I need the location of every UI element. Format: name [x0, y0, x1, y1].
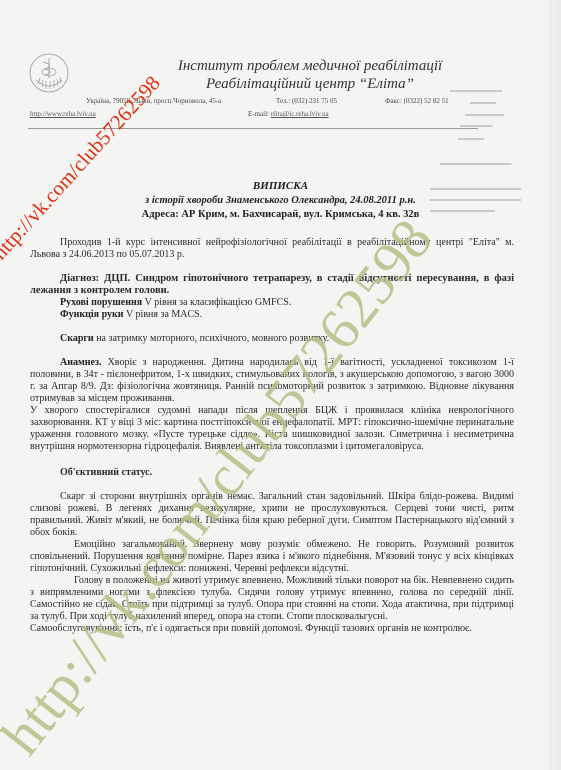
diagnosis-paragraph: Діагноз: ДЦП. Синдром гіпотонічного тетр…	[30, 273, 514, 297]
complaints-line: Скарги на затримку моторного, психічного…	[30, 333, 514, 345]
hand-label: Функція руки	[60, 309, 124, 320]
anamnesis-label: Анамнез.	[60, 357, 102, 368]
complaints-label: Скарги	[60, 333, 94, 344]
page-edge-shadow	[545, 0, 561, 770]
objective-paragraph-2: Емоційно загальмований. Звернену мову ро…	[30, 539, 514, 575]
header-email: E-mail: elita@ic.reha.lviv.ua	[248, 110, 329, 118]
website-link[interactable]: http://www.reha.lviv.ua	[30, 110, 96, 118]
institute-name: Інститут проблем медичної реабілітації	[150, 58, 470, 75]
scanned-document-page: ▬▬▬▬▬▬▬▬ ▬▬▬▬ ▬▬▬▬▬▬ ▬▬▬▬▬ ▬▬▬▬ ▬▬▬▬▬▬▬▬…	[0, 0, 561, 770]
diagnosis-label: Діагноз:	[60, 273, 99, 284]
patient-address: Адреса: АР Крим, м. Бахчисарай, вул. Кри…	[0, 209, 561, 220]
show-through-text: ▬▬▬▬	[470, 99, 496, 107]
hand-function-line: Функція руки V рівня за MACS.	[30, 309, 514, 321]
email-link[interactable]: elita@ic.reha.lviv.ua	[271, 110, 329, 118]
show-through-text: ▬▬▬▬▬▬▬▬▬▬▬	[440, 160, 512, 168]
header-phone: Тел.: (032) 231 75 05	[276, 97, 337, 105]
motor-disorders-line: Рухові порушення V рівня за класифікаціє…	[30, 297, 514, 309]
show-through-text: ▬▬▬▬▬▬	[465, 111, 504, 119]
watermark-red: http://vk.com/club57262598	[0, 71, 166, 265]
document-subtitle: з історії хвороби Знаменського Олександр…	[0, 195, 561, 206]
header-fax: Факс: (0322) 52 82 51	[385, 97, 449, 105]
page-edge-line	[550, 0, 551, 770]
motor-label: Рухові порушення	[60, 297, 142, 308]
email-label: E-mail:	[248, 110, 269, 118]
objective-paragraph-1: Скарг зі сторони внутрішніх органів нема…	[30, 491, 514, 539]
diagnosis-text: ДЦП. Синдром гіпотонічного тетрапарезу, …	[30, 273, 514, 296]
document-title: ВИПИСКА	[0, 180, 561, 192]
caduceus-emblem-icon	[28, 50, 70, 96]
motor-text: V рівня за класифікацією GMFCS.	[145, 297, 292, 308]
hand-text: V рівня за MACS.	[126, 309, 202, 320]
center-name: Реабілітаційний центр “Еліта”	[150, 76, 470, 93]
show-through-text: ▬▬▬▬	[458, 135, 484, 143]
